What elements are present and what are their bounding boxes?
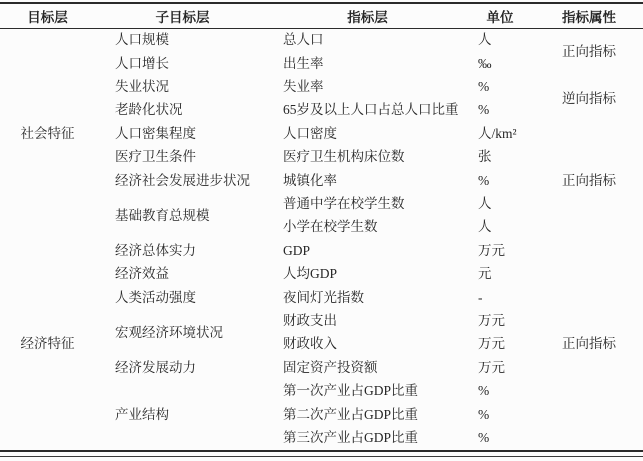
table-body: 社会特征 人口规模 总人口 人 正向指标 人口增长 出生率 ‰ 失业状况 失业率… [0,29,643,452]
cell-subtarget: 基础教育总规模 [95,193,270,240]
col-header-unit: 单位 [465,3,535,29]
cell-indicator: 出生率 [270,52,465,75]
cell-indicator: GDP [270,240,465,263]
table-row: 社会特征 人口规模 总人口 人 正向指标 [0,29,643,53]
cell-subtarget: 老龄化状况 [95,99,270,122]
cell-attribute: 正向指标 [535,29,643,76]
cell-indicator: 65岁及以上人口占总人口比重 [270,99,465,122]
cell-unit: 万元 [465,356,535,379]
cell-subtarget: 人口规模 [95,29,270,53]
cell-unit: % [465,99,535,122]
cell-unit: 万元 [465,333,535,356]
table-header: 目标层 子目标层 指标层 单位 指标属性 [0,3,643,29]
cell-subtarget: 宏观经济环境状况 [95,310,270,357]
cell-indicator: 总人口 [270,29,465,53]
cell-unit: % [465,380,535,403]
bottom-thin-rule [0,456,643,457]
cell-indicator: 人口密度 [270,123,465,146]
cell-indicator: 财政支出 [270,310,465,333]
cell-indicator: 人均GDP [270,263,465,286]
cell-subtarget: 人口增长 [95,52,270,75]
cell-unit: 元 [465,263,535,286]
cell-unit: % [465,169,535,192]
cell-indicator: 失业率 [270,76,465,99]
cell-unit: 人 [465,193,535,216]
indicator-table: 目标层 子目标层 指标层 单位 指标属性 社会特征 人口规模 总人口 人 正向指… [0,2,643,452]
cell-unit: 人 [465,29,535,53]
cell-unit: ‰ [465,52,535,75]
cell-unit: - [465,286,535,309]
cell-indicator: 小学在校学生数 [270,216,465,239]
cell-attribute: 正向指标 [535,240,643,452]
col-header-target: 目标层 [0,3,95,29]
cell-indicator: 普通中学在校学生数 [270,193,465,216]
cell-unit: 万元 [465,310,535,333]
cell-subtarget: 经济社会发展进步状况 [95,169,270,192]
cell-unit: % [465,403,535,426]
cell-indicator: 第三次产业占GDP比重 [270,427,465,451]
cell-indicator: 固定资产投资额 [270,356,465,379]
cell-unit: 张 [465,146,535,169]
cell-subtarget: 经济总体实力 [95,240,270,263]
header-row: 目标层 子目标层 指标层 单位 指标属性 [0,3,643,29]
cell-unit: 人 [465,216,535,239]
cell-subtarget: 人类活动强度 [95,286,270,309]
cell-subtarget: 医疗卫生条件 [95,146,270,169]
table-row: 失业状况 失业率 % 逆向指标 [0,76,643,99]
cell-target: 经济特征 [0,240,95,452]
cell-indicator: 医疗卫生机构床位数 [270,146,465,169]
cell-unit: % [465,76,535,99]
col-header-indicator: 指标层 [270,3,465,29]
cell-subtarget: 人口密集程度 [95,123,270,146]
cell-attribute: 正向指标 [535,123,643,240]
table-row: 经济特征 经济总体实力 GDP 万元 正向指标 [0,240,643,263]
cell-unit: 万元 [465,240,535,263]
indicator-system-table-region: 目标层 子目标层 指标层 单位 指标属性 社会特征 人口规模 总人口 人 正向指… [0,0,643,457]
cell-indicator: 第二次产业占GDP比重 [270,403,465,426]
cell-indicator: 财政收入 [270,333,465,356]
cell-target: 社会特征 [0,29,95,240]
table-row: 人口密集程度 人口密度 人/km² 正向指标 [0,123,643,146]
cell-subtarget: 产业结构 [95,380,270,451]
cell-subtarget: 经济发展动力 [95,356,270,379]
cell-indicator: 夜间灯光指数 [270,286,465,309]
cell-subtarget: 失业状况 [95,76,270,99]
cell-unit: % [465,427,535,451]
cell-indicator: 城镇化率 [270,169,465,192]
col-header-subtarget: 子目标层 [95,3,270,29]
cell-indicator: 第一次产业占GDP比重 [270,380,465,403]
col-header-attribute: 指标属性 [535,3,643,29]
cell-subtarget: 经济效益 [95,263,270,286]
cell-attribute: 逆向指标 [535,76,643,123]
cell-unit: 人/km² [465,123,535,146]
